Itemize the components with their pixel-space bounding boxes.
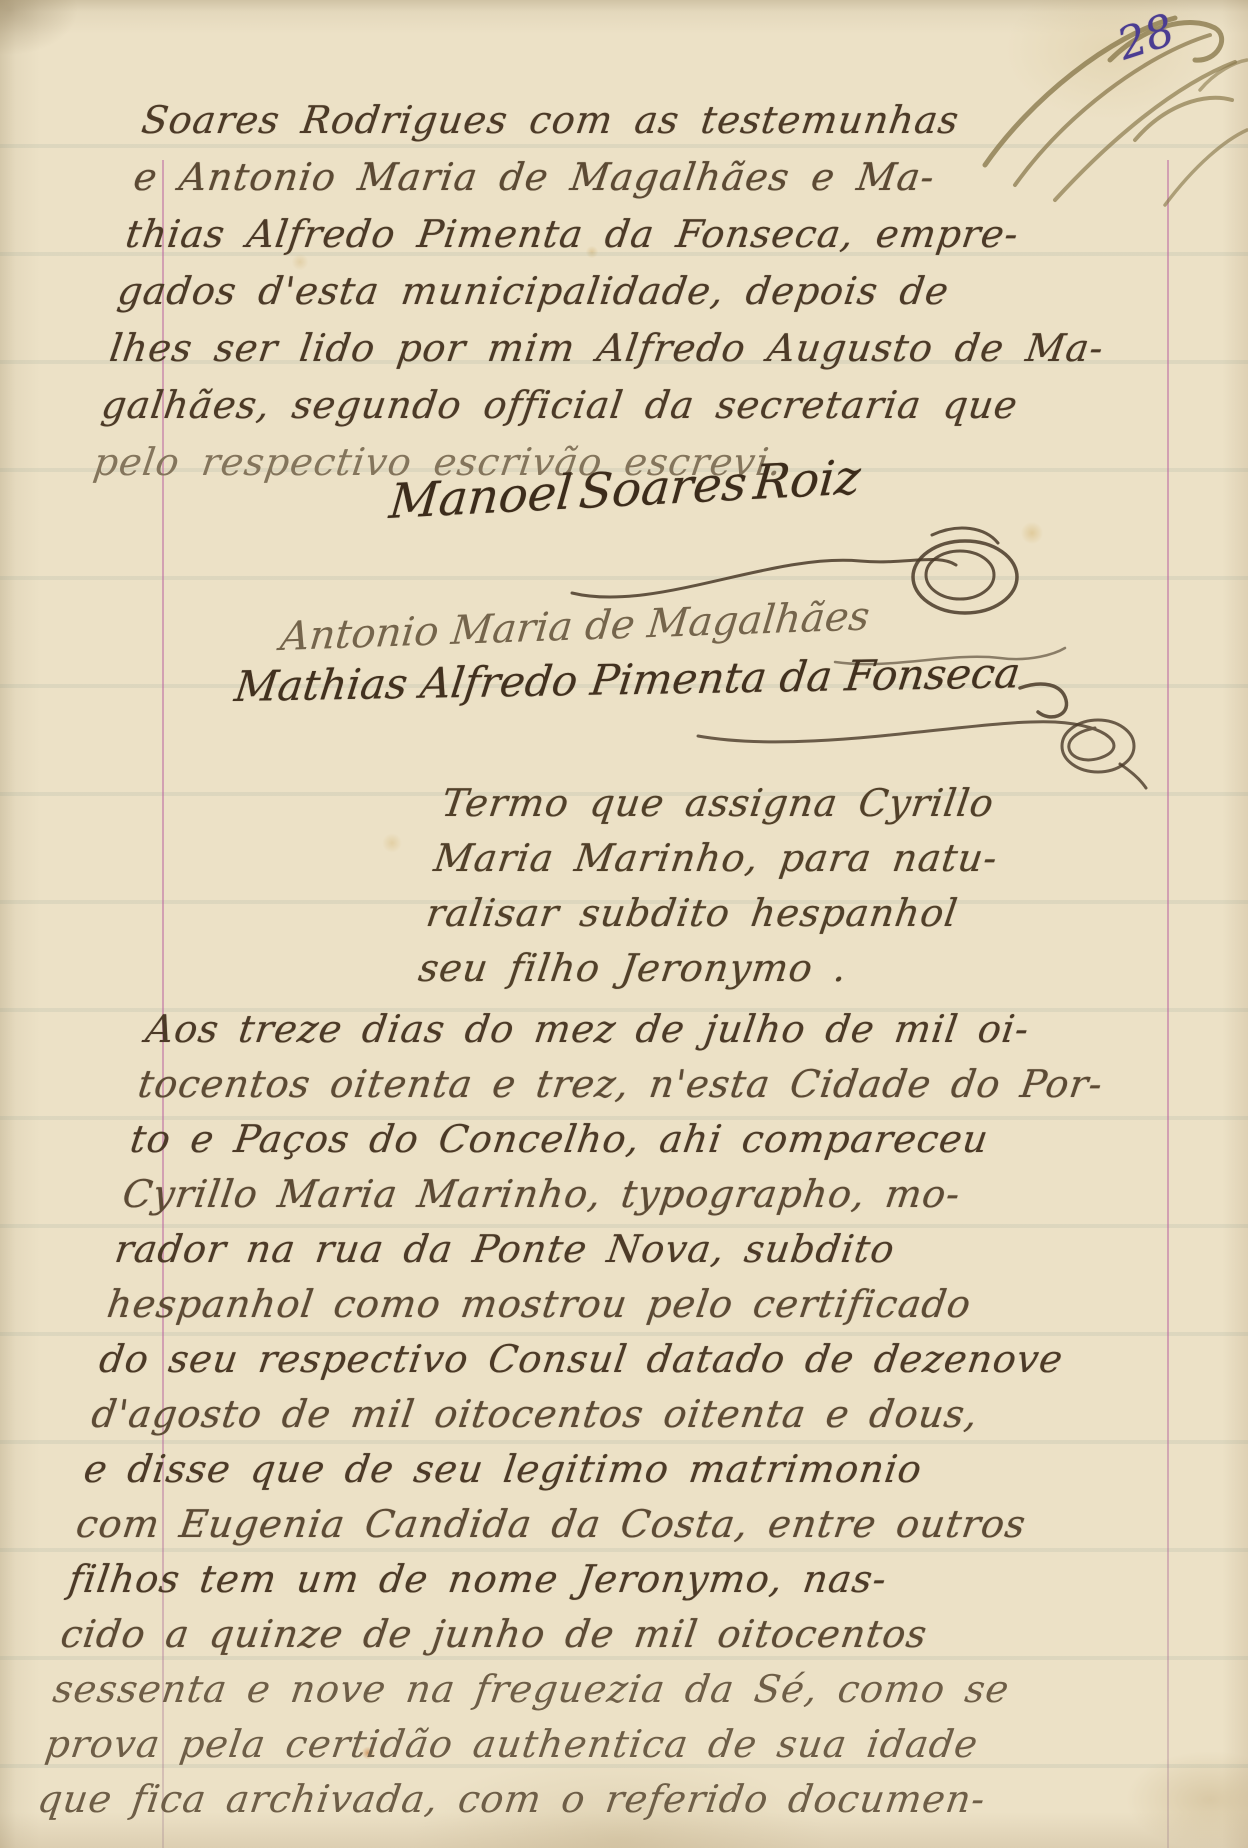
manuscript-line: Cyrillo Maria Marinho, typographo, mo- [119,1167,1091,1222]
manuscript-line: d'agosto de mil oitocentos oitenta e dou… [88,1387,1060,1442]
closing-paragraph: Soares Rodrigues com as testemunhas e An… [90,92,1140,491]
manuscript-line: e Antonio Maria de Magalhães e Ma- [130,149,1132,206]
manuscript-line: filhos tem um de nome Jeronymo, nas- [65,1552,1037,1607]
manuscript-line: prova pela certidão authentica de sua id… [42,1717,1014,1772]
manuscript-page: 28 Soares Rodrigues com as testemunhas e… [0,0,1248,1848]
manuscript-line: ralisar subdito hespanhol [423,886,994,941]
body-paragraph: Aos treze dias do mez de julho de mil oi… [34,1002,1114,1827]
manuscript-line: Aos treze dias do mez de julho de mil oi… [142,1002,1114,1057]
manuscript-line: galhães, segundo official da secretaria … [98,377,1100,434]
manuscript-line: Soares Rodrigues com as testemunhas [138,92,1140,149]
manuscript-line: hespanhol como mostrou pelo certificado [104,1277,1076,1332]
manuscript-line: Maria Marinho, para natu- [431,831,1002,886]
signature-antonio-maria-magalhaes: Antonio Maria de Magalhães [278,594,872,660]
manuscript-line: cido a quinze de junho de mil oitocentos [57,1607,1029,1662]
term-heading: Termo que assigna Cyrillo Maria Marinho,… [415,776,1009,996]
manuscript-line: e disse que de seu legitimo matrimonio [80,1442,1052,1497]
manuscript-line: Termo que assigna Cyrillo [438,776,1009,831]
manuscript-line: que fica archivada, com o referido docum… [34,1772,1006,1827]
manuscript-line: seu filho Jeronymo . [415,941,986,996]
manuscript-line: lhes ser lido por mim Alfredo Augusto de… [106,320,1108,377]
manuscript-line: gados d'esta municipalidade, depois de [114,263,1116,320]
manuscript-line: thias Alfredo Pimenta da Fonseca, empre- [122,206,1124,263]
right-margin-rule [1167,160,1169,1848]
manuscript-line: tocentos oitenta e trez, n'esta Cidade d… [135,1057,1107,1112]
manuscript-line: to e Paços do Concelho, ahi compareceu [127,1112,1099,1167]
manuscript-line: sessenta e nove na freguezia da Sé, como… [50,1662,1022,1717]
manuscript-line: do seu respectivo Consul datado de dezen… [96,1332,1068,1387]
manuscript-line: rador na rua da Ponte Nova, subdito [111,1222,1083,1277]
signature-flourish-icon [690,678,1150,788]
manuscript-line: com Eugenia Candida da Costa, entre outr… [73,1497,1045,1552]
